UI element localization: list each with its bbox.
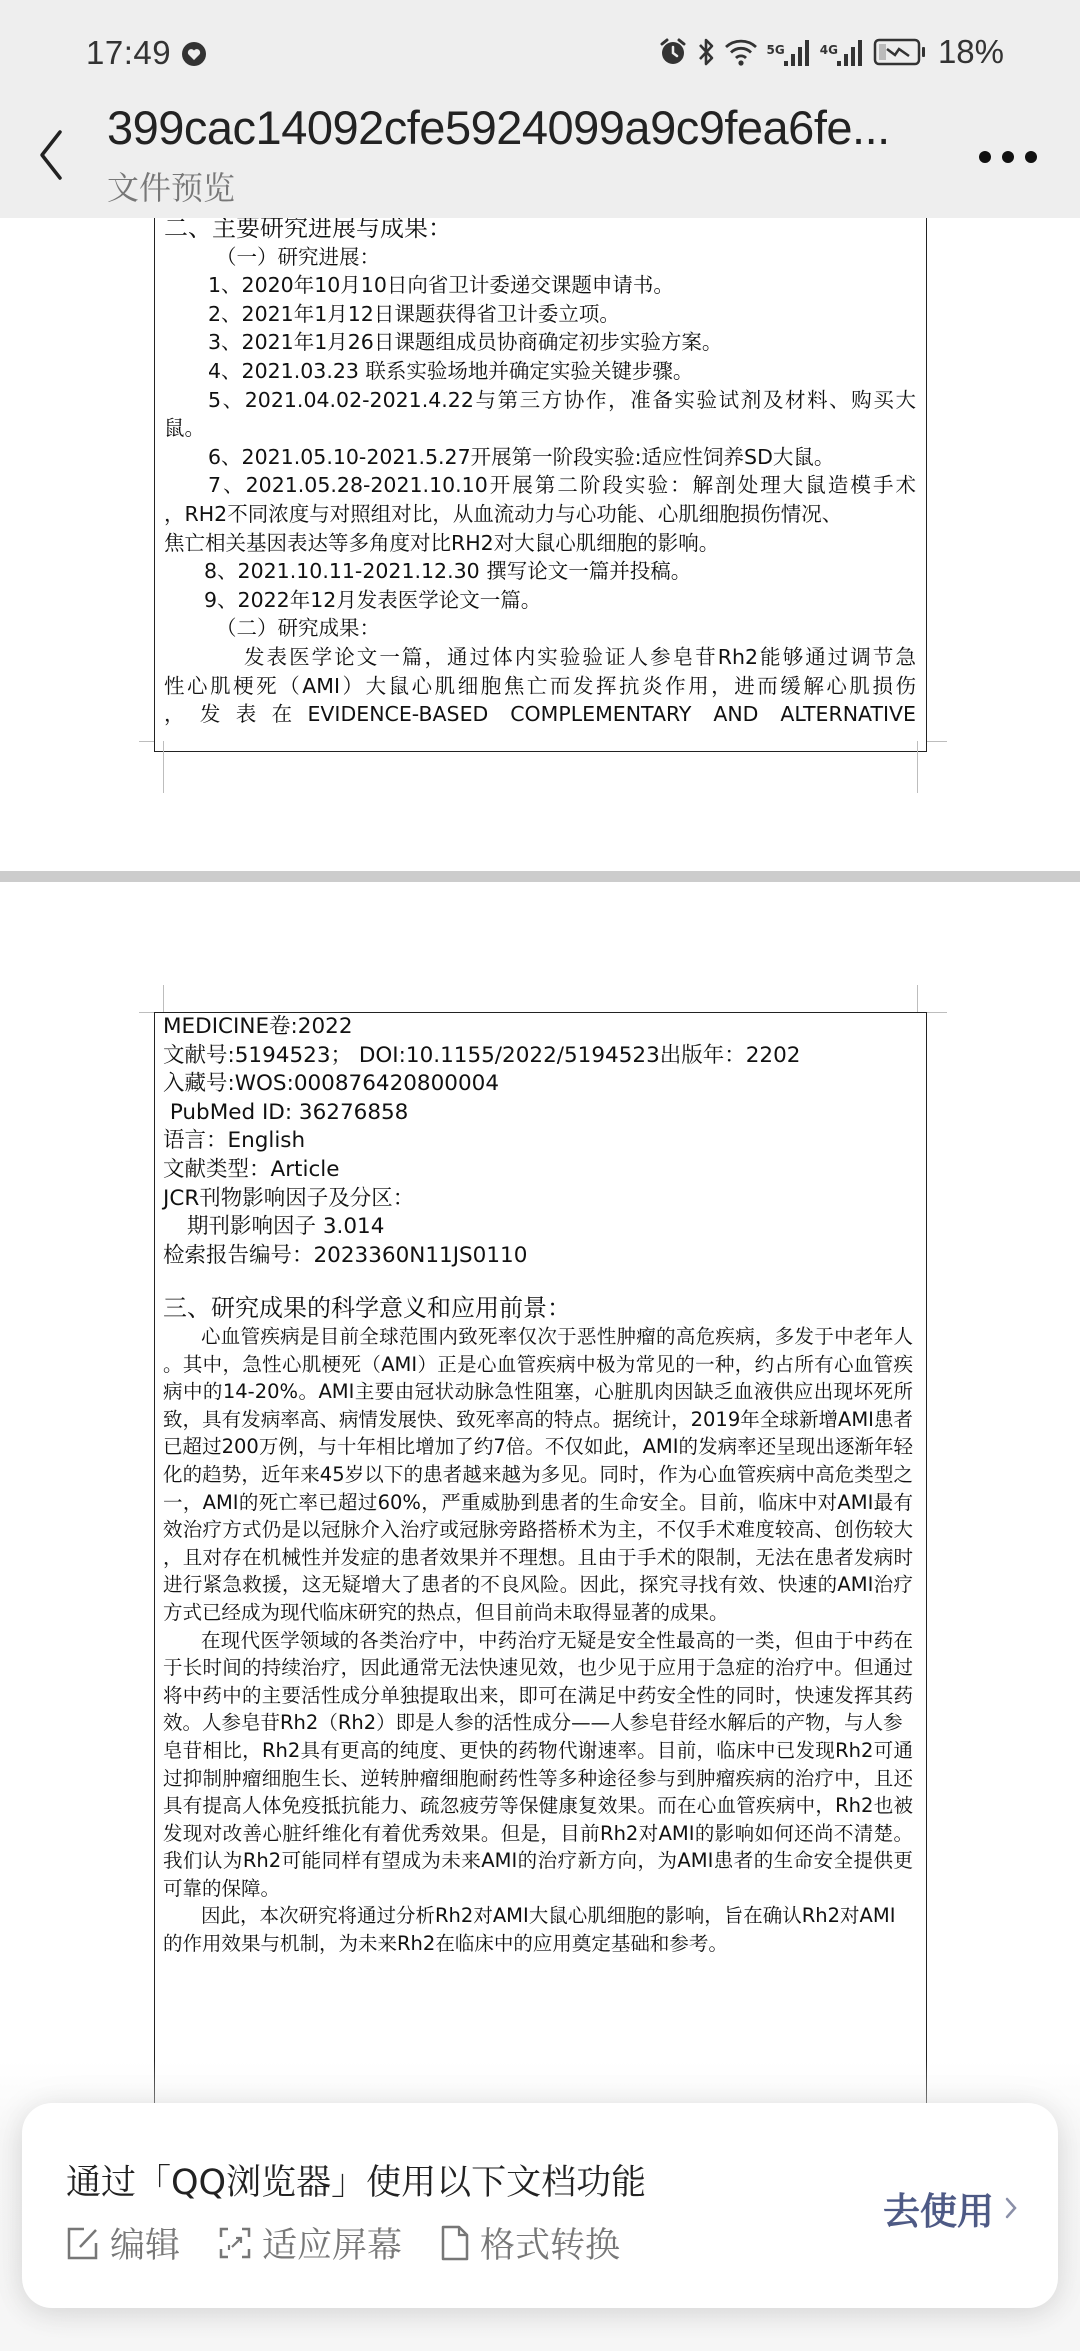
body-line: 的作用效果与机制，为未来Rh2在临床中的应用奠定基础和参考。 [163,1930,913,1958]
qq-browser-promo-card[interactable]: 通过「QQ浏览器」使用以下文档功能 编辑 适应屏幕 格式转换 去使用 [22,2103,1058,2308]
promo-features: 编辑 适应屏幕 格式转换 [66,2218,620,2268]
battery-charging-icon [873,37,927,67]
chevron-right-icon [1004,2195,1018,2221]
body-line: 。其中，急性心肌梗死（AMI）正是心血管疾病中极为常见的一种，约占所有心血管疾 [163,1351,913,1379]
body-line: 方式已经成为现代临床研究的热点，但目前尚未取得显著的成果。 [163,1599,913,1627]
subsection-heading: （一）研究进展： [216,243,916,272]
signal-5g-icon: 5G [767,37,811,67]
body-line: 我们认为Rh2可能同样有望成为未来AMI的治疗新方向，为AMI患者的生命安全提供… [163,1847,913,1875]
feature-edit[interactable]: 编辑 [66,2218,180,2268]
feature-label: 适应屏幕 [262,2218,402,2268]
go-use-label: 去使用 [883,2181,994,2235]
crop-mark [139,741,154,742]
crop-mark [927,1012,947,1013]
results-paragraph: ，发表在EVIDENCE-BASED COMPLEMENTARY AND ALT… [164,700,916,729]
page2-metadata: MEDICINE卷:2022 文献号:5194523； DOI:10.1155/… [163,1013,915,1270]
document-icon [440,2224,470,2262]
crop-mark [163,741,164,793]
progress-item: 4、2021.03.23 联系实验场地并确定实验关键步骤。 [208,357,916,386]
progress-item: 9、2022年12月发表医学论文一篇。 [204,586,916,615]
wifi-icon [724,37,758,67]
go-use-button[interactable]: 去使用 [883,2181,1018,2235]
more-options-button[interactable] [972,146,1044,168]
body-line: 致，具有发病率高、病情发展快、致死率高的特点。据统计，2019年全球新增AMI患… [163,1406,913,1434]
body-line: 效。人参皂苷Rh2（Rh2）即是人参的活性成分——人参皂苷经水解后的产物，与人参 [163,1709,913,1737]
results-paragraph: 发表医学论文一篇，通过体内实验验证人参皂苷Rh2能够通过调节急 [244,643,916,672]
meta-impact-factor: 期刊影响因子 3.014 [187,1213,915,1242]
subsection-heading: （二）研究成果： [216,614,916,643]
status-icons: 5G 4G 18% [658,32,1004,72]
alarm-icon [658,37,688,67]
document-subtitle: 文件预览 [107,163,235,209]
heart-badge-icon [181,41,207,67]
progress-item-cont: 焦亡相关基因表达等多角度对比RH2对大鼠心肌细胞的影响。 [164,529,916,558]
body-line: 可靠的保障。 [163,1875,913,1903]
more-dot [1025,151,1037,163]
page1-text: 二、主要研究进展与成果： （一）研究进展： 1、2020年10月10日向省卫计委… [164,214,916,729]
crop-mark [163,985,164,1012]
meta-doc-type: 文献类型：Article [163,1156,915,1185]
meta-journal: MEDICINE卷:2022 [163,1013,915,1042]
promo-title: 通过「QQ浏览器」使用以下文档功能 [66,2155,646,2205]
body-line: 将中药中的主要活性成分单独提取出来，即可在满足中药安全性的同时，快速发挥其药 [163,1682,913,1710]
app-header: 17:49 5G 4G [0,0,1080,218]
meta-accession: 入藏号:WOS:000876420800004 [163,1070,915,1099]
progress-item: 6、2021.05.10-2021.5.27开展第一阶段实验:适应性饲养SD大鼠… [208,443,916,472]
feature-label: 编辑 [110,2218,180,2268]
section-heading: 二、主要研究进展与成果： [164,214,916,243]
progress-item: 7、2021.05.28-2021.10.10开展第二阶段实验：解剖处理大鼠造模… [208,471,916,500]
body-line: 因此，本次研究将通过分析Rh2对AMI大鼠心肌细胞的影响，旨在确认Rh2对AMI [201,1902,913,1930]
document-title: 399cac14092cfe5924099a9c9fea6fe... [107,100,937,155]
crop-mark [917,741,918,793]
crop-mark [927,741,947,742]
progress-item: 5、2021.04.02-2021.4.22与第三方协作，准备实验试剂及材料、购… [208,386,916,415]
signal-4g-icon: 4G [820,37,864,67]
progress-item: 3、2021年1月26日课题组成员协商确定初步实验方案。 [208,328,916,357]
body-line: 具有提高人体免疫抵抗能力、疏忽疲劳等保健康复效果。而在心血管疾病中，Rh2也被 [163,1792,913,1820]
more-dot [979,151,991,163]
section-heading: 三、研究成果的科学意义和应用前景： [163,1293,571,1323]
progress-item-cont: ，RH2不同浓度与对照组对比，从血流动力与心功能、心肌细胞损伤情况、 [164,500,916,529]
feature-fit-screen[interactable]: 适应屏幕 [218,2218,402,2268]
body-line: 于长时间的持续治疗，因此通常无法快速见效，也少见于应用于急症的治疗中。但通过 [163,1654,913,1682]
progress-item-cont: 鼠。 [164,414,916,443]
body-line: 病中的14-20%。AMI主要由冠状动脉急性阻塞，心脏肌肉因缺乏血液供应出现坏死… [163,1378,913,1406]
results-paragraph: 性心肌梗死（AMI）大鼠心肌细胞焦亡而发挥抗炎作用，进而缓解心肌损伤 [164,672,916,701]
body-line: 皂苷相比，Rh2具有更高的纯度、更快的药物代谢速率。目前，临床中已发现Rh2可通 [163,1737,913,1765]
feature-label: 格式转换 [480,2218,620,2268]
fit-screen-icon [218,2225,252,2261]
meta-doi: 文献号:5194523； DOI:10.1155/2022/5194523出版年… [163,1042,915,1071]
edit-icon [66,2225,100,2261]
back-button[interactable] [28,124,76,184]
crop-mark [917,985,918,1012]
progress-item: 2、2021年1月12日课题获得省卫计委立项。 [208,300,916,329]
body-line: 化的趋势，近年来45岁以下的患者越来越为多见。同时，作为心血管疾病中高危类型之 [163,1461,913,1489]
page-separator [0,871,1080,882]
body-line: 过抑制肿瘤细胞生长、逆转肿瘤细胞耐药性等多种途径参与到肿瘤疾病的治疗中，且还 [163,1765,913,1793]
body-line: ，且对存在机械性并发症的患者效果并不理想。且由于手术的限制，无法在患者发病时 [163,1544,913,1572]
meta-jcr: JCR刊物影响因子及分区： [163,1185,915,1214]
status-time: 17:49 [86,34,171,72]
meta-report-number: 检索报告编号：2023360N11JS0110 [163,1242,915,1271]
body-line: 效治疗方式仍是以冠脉介入治疗或冠脉旁路搭桥术为主，不仅手术难度较高、创伤较大 [163,1516,913,1544]
meta-pubmed: PubMed ID: 36276858 [163,1099,915,1128]
battery-percent: 18% [938,33,1004,71]
progress-item: 1、2020年10月10日向省卫计委递交课题申请书。 [208,271,916,300]
document-viewer[interactable]: 二、主要研究进展与成果： （一）研究进展： 1、2020年10月10日向省卫计委… [0,0,1080,2351]
more-dot [1002,151,1014,163]
body-line: 心血管疾病是目前全球范围内致死率仅次于恶性肿瘤的高危疾病，多发于中老年人 [201,1323,913,1351]
crop-mark [139,1012,154,1013]
body-line: 进行紧急救援，这无疑增大了患者的不良风险。因此，探究寻找有效、快速的AMI治疗 [163,1571,913,1599]
bluetooth-icon [697,36,715,68]
progress-item: 8、2021.10.11-2021.12.30 撰写论文一篇并投稿。 [204,557,916,586]
feature-format-convert[interactable]: 格式转换 [440,2218,620,2268]
body-line: 已超过200万例，与十年相比增加了约7倍。不仅如此，AMI的发病率还呈现出逐渐年… [163,1433,913,1461]
body-line: 发现对改善心脏纤维化有着优秀效果。但是，目前Rh2对AMI的影响如何还尚不清楚。 [163,1820,913,1848]
meta-language: 语言：English [163,1127,915,1156]
body-line: 一，AMI的死亡率已超过60%，严重威胁到患者的生命安全。目前，临床中对AMI最… [163,1489,913,1517]
page2-body: 心血管疾病是目前全球范围内致死率仅次于恶性肿瘤的高危疾病，多发于中老年人 。其中… [163,1323,913,1958]
body-line: 在现代医学领域的各类治疗中，中药治疗无疑是安全性最高的一类，但由于中药在 [201,1627,913,1655]
